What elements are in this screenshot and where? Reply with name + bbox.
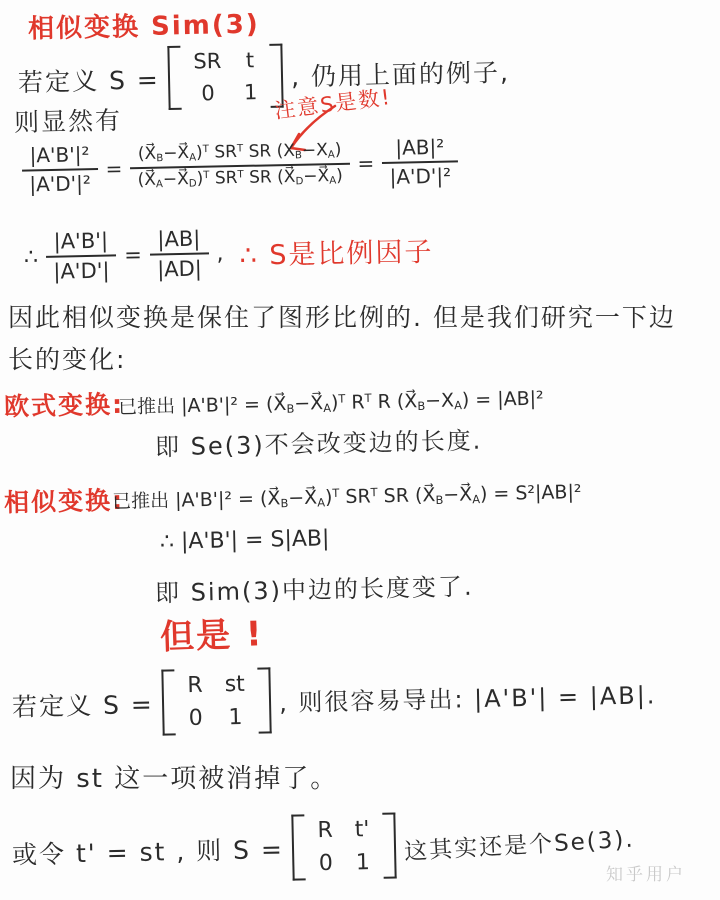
- matrix-cell: SR: [193, 49, 221, 74]
- note-title: 相似变换 Sim(3): [28, 4, 260, 46]
- left-bracket: [167, 46, 181, 110]
- matrix-cell: t: [243, 48, 257, 72]
- matrix-cell: R: [187, 673, 203, 698]
- paragraph-line-2: 长的变化:: [8, 340, 126, 376]
- left-bracket: [161, 669, 175, 735]
- handwritten-notes-page: 相似变换 Sim(3) 若定义 S = SR t 0 1 , 仍用上面的例子, …: [0, 0, 720, 900]
- fraction-numerator: |A'B'|²: [22, 141, 96, 170]
- s-matrix-2: R st 0 1: [161, 665, 272, 737]
- fraction-denominator: |A'D'|: [46, 255, 117, 287]
- middle-fraction: (X⃗B−X⃗A)T SRT SR (XB−XA) (X⃗A−X⃗D)T SRT…: [130, 138, 350, 193]
- paragraph-line-1: 因此相似变换是保住了图形比例的. 但是我们研究一下边: [8, 298, 676, 334]
- fraction-denominator: |A'D'|²: [22, 168, 98, 199]
- s-matrix-3: R t' 0 1: [291, 810, 396, 882]
- definition-3-suffix: 这其实还是个Se(3).: [403, 820, 635, 866]
- fraction-numerator: |A'B'|: [46, 226, 115, 256]
- scale-factor-conclusion: ∴ S是比例因子: [239, 229, 434, 272]
- ratio-squared-equation: |A'B'|² |A'D'|² = (X⃗B−X⃗A)T SRT SR (XB−…: [21, 133, 458, 198]
- definition-line-3: 或令 t' = st , 则 S = R t' 0 1 这其实还是个Se(3).: [11, 805, 635, 888]
- equals-sign: =: [124, 243, 142, 267]
- right-bracket: [257, 667, 271, 733]
- definition-line-2: 若定义 S = R st 0 1 , 则很容易导出: |A'B'| = |AB|…: [11, 657, 657, 740]
- similarity-result: ∴ |A'B'| = S|AB|: [160, 526, 330, 555]
- fraction-numerator: |AB|²: [388, 134, 451, 162]
- matrix-cell: t': [355, 817, 370, 842]
- comma: ,: [216, 241, 224, 266]
- euclidean-label: 欧式变换:: [4, 385, 125, 424]
- lhs-fraction: |A'B'|² |A'D'|²: [21, 141, 98, 199]
- definition-1-suffix: , 仍用上面的例子,: [291, 53, 511, 94]
- zhihu-user-watermark: 知乎用户: [606, 860, 686, 885]
- matrix-cell: 0: [188, 706, 204, 731]
- lhs-fraction: |A'B'| |A'D'|: [45, 226, 116, 286]
- because-line: 因为 st 这一项被消掉了。: [10, 758, 338, 795]
- ratio-conclusion-equation: ∴ |A'B'| |A'D'| = |AB| |AD| , ∴ S是比例因子: [23, 220, 434, 287]
- definition-2-prefix: 若定义 S =: [12, 685, 154, 724]
- matrix-cell: 1: [225, 705, 246, 730]
- fraction-denominator: |AD|: [150, 253, 209, 284]
- matrix-cell: 1: [355, 850, 370, 875]
- matrix-cell: st: [224, 672, 245, 697]
- fraction-numerator: |AB|: [150, 224, 208, 253]
- matrix-cell: 0: [194, 81, 222, 106]
- but-emphasis: 但是 !: [159, 606, 264, 659]
- similarity-equation: 已推出 |A'B'|² = (X⃗B−X⃗A)T SRT SR (X⃗B−X⃗A…: [112, 477, 582, 514]
- similarity-label: 相似变换:: [4, 481, 125, 520]
- equals-sign: =: [357, 151, 374, 175]
- euclidean-equation: 已推出 |A'B'|² = (X⃗B−X⃗A)T RT R (X⃗B−XA) =…: [118, 384, 544, 420]
- then-line: 则显然有: [14, 101, 123, 139]
- rhs-fraction: |AB|² |A'D'|²: [382, 133, 459, 191]
- matrix-cell: 0: [318, 851, 334, 876]
- rhs-fraction: |AB| |AD|: [149, 224, 209, 284]
- right-bracket: [382, 812, 396, 878]
- equals-sign: =: [105, 156, 122, 180]
- definition-1-prefix: 若定义 S =: [18, 60, 160, 99]
- therefore-symbol: ∴: [24, 245, 39, 270]
- similarity-note: 即 Sim(3)中边的长度变了.: [155, 567, 474, 609]
- left-bracket: [291, 814, 305, 880]
- definition-2-suffix: , 则很容易导出: |A'B'| = |AB|.: [279, 675, 657, 718]
- matrix-cell: R: [317, 818, 333, 843]
- fraction-denominator: (X⃗A−X⃗D)T SRT SR (X⃗D−X⃗A): [130, 163, 350, 194]
- euclidean-note: 即 Se(3)不会改变边的长度.: [155, 421, 483, 463]
- fraction-denominator: |A'D'|²: [382, 160, 458, 191]
- definition-3-prefix: 或令 t' = st , 则 S =: [12, 830, 285, 872]
